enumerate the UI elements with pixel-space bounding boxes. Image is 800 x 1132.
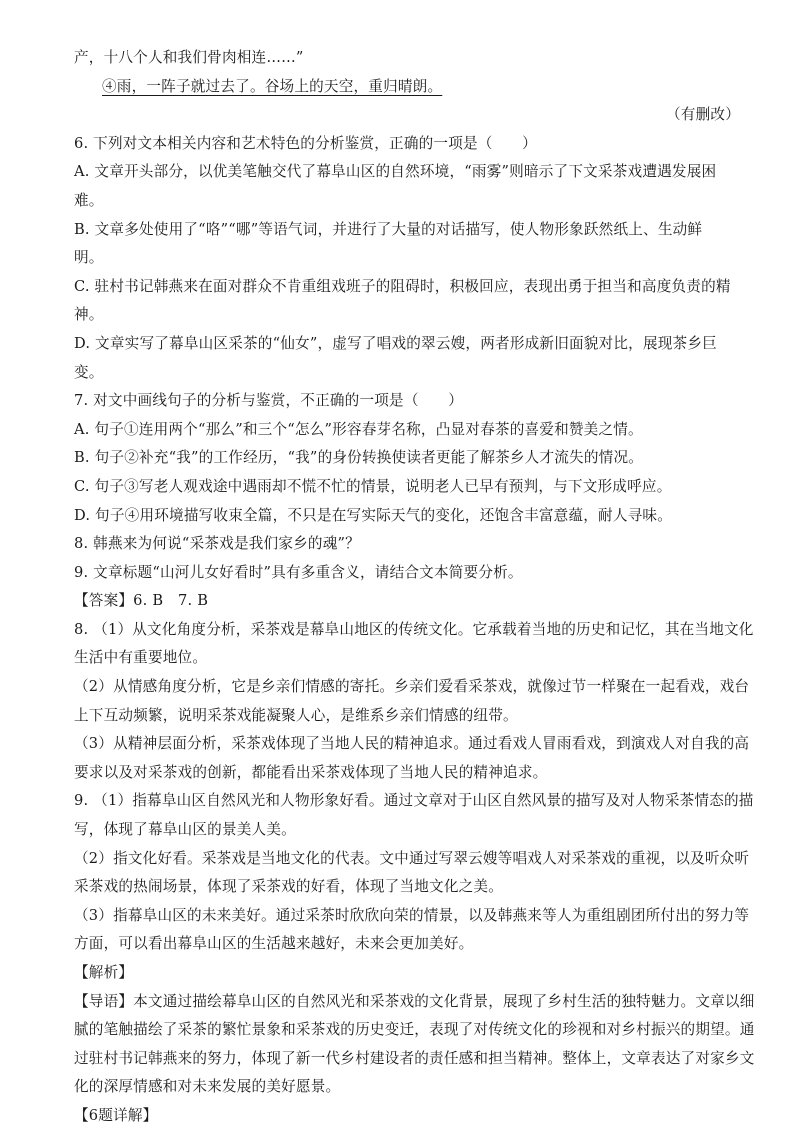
- analysis-intro-line: 腻的笔触描绘了采茶的繁忙景象和采茶戏的历史变迁，表现了对传统文化的珍视和对乡村振…: [74, 1016, 740, 1045]
- q7-option-d: D. 句子④用环境描写收束全篇，不只是在写实际天气的变化，还饱含丰富意蕴，耐人寻…: [74, 502, 740, 531]
- q6-detail-label: 【6题详解】: [74, 1102, 740, 1131]
- answer-9-point-2-cont: 采茶戏的热闹场景，体现了采茶戏的好看，体现了当地文化之美。: [74, 873, 740, 902]
- answer-9-point-3: （3）指幕阜山区的未来美好。通过采茶时欣欣向荣的情景，以及韩燕来等人为重组剧团所…: [74, 902, 740, 931]
- analysis-intro-line: 【导语】本文通过描绘幕阜山区的自然风光和采茶戏的文化背景，展现了乡村生活的独特魅…: [74, 988, 740, 1017]
- question-6-stem: 6. 下列对文本相关内容和艺术特色的分析鉴赏，正确的一项是（ ）: [74, 130, 740, 159]
- analysis-label: 【解析】: [74, 959, 740, 988]
- answer-8-point-3-cont: 要求以及对采茶戏的创新，都能看出采茶戏体现了当地人民的精神追求。: [74, 759, 740, 788]
- q6-option-a: A. 文章开头部分，以优美笔触交代了幕阜山区的自然环境，“雨雾”则暗示了下文采茶…: [74, 158, 740, 187]
- answer-8-point-2: （2）从情感角度分析，它是乡亲们情感的寄托。乡亲们爱看采茶戏，就像过节一样聚在一…: [74, 673, 740, 702]
- answer-9-point-1: 9. （1）指幕阜山区自然风光和人物形象好看。通过文章对于山区自然风景的描写及对…: [74, 787, 740, 816]
- q6-option-c: C. 驻村书记韩燕来在面对群众不肯重组戏班子的阻碍时，积极回应，表现出勇于担当和…: [74, 273, 740, 302]
- q6-option-d: D. 文章实写了幕阜山区采茶的“仙女”，虚写了唱戏的翠云嫂，两者形成新旧面貌对比…: [74, 330, 740, 359]
- q6-option-a-cont: 难。: [74, 187, 740, 216]
- document-page: 产，十八个人和我们骨肉相连……” ④雨，一阵子就过去了。谷场上的天空，重归晴朗。…: [74, 44, 740, 1131]
- answer-9-point-3-cont: 方面，可以看出幕阜山区的生活越来越好，未来会更加美好。: [74, 930, 740, 959]
- q7-option-b: B. 句子②补充“我”的工作经历，“我”的身份转换使读者更能了解茶乡人才流失的情…: [74, 444, 740, 473]
- analysis-intro-line: 化的深厚情感和对未来发展的美好愿景。: [74, 1073, 740, 1102]
- answer-8-point-3: （3）从精神层面分析，采茶戏体现了当地人民的精神追求。通过看戏人冒雨看戏，到演戏…: [74, 730, 740, 759]
- question-7-stem: 7. 对文中画线句子的分析与鉴赏，不正确的一项是（ ）: [74, 387, 740, 416]
- answer-label: 【答案】6. B 7. B: [74, 587, 740, 616]
- passage-line: 产，十八个人和我们骨肉相连……”: [74, 44, 740, 73]
- answer-9-point-1-cont: 写，体现了幕阜山区的景美人美。: [74, 816, 740, 845]
- answer-8-point-2-cont: 上下互动频繁，说明采茶戏能凝聚人心，是维系乡亲们情感的纽带。: [74, 702, 740, 731]
- q6-option-b-cont: 明。: [74, 244, 740, 273]
- q6-option-b: B. 文章多处使用了“咯”“哪”等语气词，并进行了大量的对话描写，使人物形象跃然…: [74, 216, 740, 245]
- question-8: 8. 韩燕来为何说“采茶戏是我们家乡的魂”？: [74, 530, 740, 559]
- question-9: 9. 文章标题“山河儿女好看时”具有多重含义，请结合文本简要分析。: [74, 559, 740, 588]
- analysis-intro-line: 过驻村书记韩燕来的努力，体现了新一代乡村建设者的责任感和担当精神。整体上，文章表…: [74, 1045, 740, 1074]
- answer-9-point-2: （2）指文化好看。采茶戏是当地文化的代表。文中通过写翠云嫂等唱戏人对采茶戏的重视…: [74, 845, 740, 874]
- source-note: （有删改）: [74, 101, 740, 130]
- answer-8-point-1-cont: 生活中有重要地位。: [74, 644, 740, 673]
- answer-8-point-1: 8. （1）从文化角度分析，采茶戏是幕阜山地区的传统文化。它承载着当地的历史和记…: [74, 616, 740, 645]
- q7-option-c: C. 句子③写老人观戏途中遇雨却不慌不忙的情景，说明老人已早有预判，与下文形成呼…: [74, 473, 740, 502]
- q7-option-a: A. 句子①连用两个“那么”和三个“怎么”形容春芽名称，凸显对春茶的喜爱和赞美之…: [74, 416, 740, 445]
- q6-option-c-cont: 神。: [74, 301, 740, 330]
- q6-option-d-cont: 变。: [74, 359, 740, 388]
- passage-underlined-sentence-4: ④雨，一阵子就过去了。谷场上的天空，重归晴朗。: [74, 73, 740, 102]
